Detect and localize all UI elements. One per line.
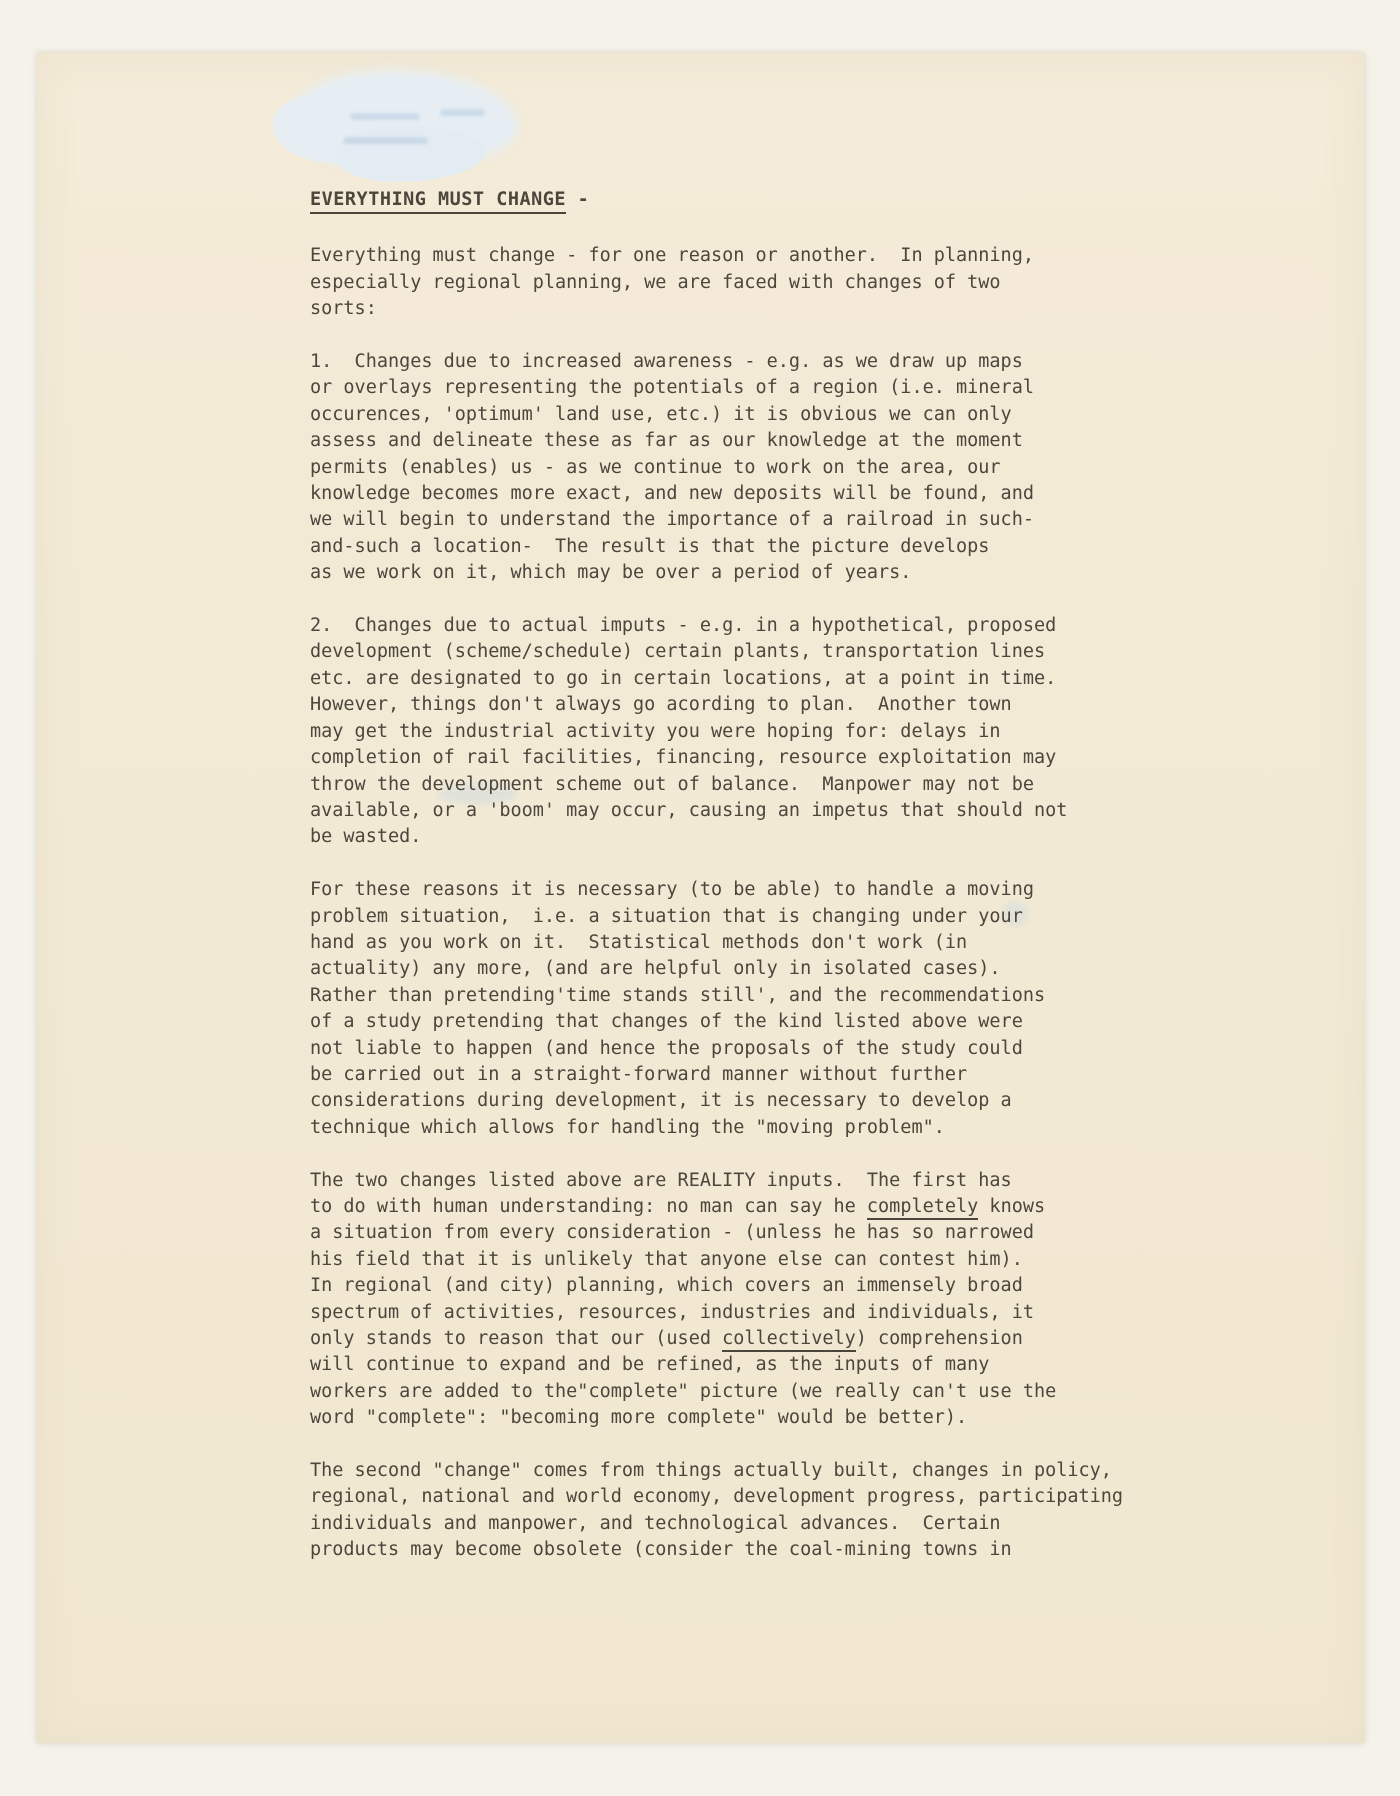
paragraph: For these reasons it is necessary (to be… bbox=[310, 877, 1210, 1141]
redacted-handwriting bbox=[350, 113, 420, 120]
text-line: For these reasons it is necessary (to be… bbox=[310, 877, 1210, 903]
paragraph: The two changes listed above are REALITY… bbox=[310, 1168, 1210, 1432]
text-line: Rather than pretending'time stands still… bbox=[310, 983, 1210, 1009]
text-line: knowledge becomes more exact, and new de… bbox=[310, 481, 1210, 507]
paragraph: 1. Changes due to increased awareness - … bbox=[310, 349, 1210, 587]
text-line: available, or a 'boom' may occur, causin… bbox=[310, 798, 1210, 824]
text-line: assess and delineate these as far as our… bbox=[310, 428, 1210, 454]
title-suffix: - bbox=[566, 189, 589, 210]
text-line: and-such a location- The result is that … bbox=[310, 534, 1210, 560]
text-line: regional, national and world economy, de… bbox=[310, 1484, 1210, 1510]
document-page: EVERYTHING MUST CHANGE - Everything must… bbox=[37, 53, 1364, 1743]
text-line: we will begin to understand the importan… bbox=[310, 507, 1210, 533]
whiteout-correction-mark bbox=[295, 75, 513, 163]
text-line: individuals and manpower, and technologi… bbox=[310, 1511, 1210, 1537]
text-line: products may become obsolete (consider t… bbox=[310, 1537, 1210, 1563]
text-line: actuality) any more, (and are helpful on… bbox=[310, 956, 1210, 982]
text-line: throw the development scheme out of bala… bbox=[310, 772, 1210, 798]
text-line: a situation from every consideration - (… bbox=[310, 1220, 1210, 1246]
paragraph: The second "change" comes from things ac… bbox=[310, 1458, 1210, 1564]
document-title: EVERYTHING MUST CHANGE - bbox=[310, 187, 1210, 213]
text-line: be carried out in a straight-forward man… bbox=[310, 1062, 1210, 1088]
text-line: of a study pretending that changes of th… bbox=[310, 1009, 1210, 1035]
text-line: be wasted. bbox=[310, 824, 1210, 850]
text-line: The two changes listed above are REALITY… bbox=[310, 1168, 1210, 1194]
text-line: problem situation, i.e. a situation that… bbox=[310, 904, 1210, 930]
text-line: In regional (and city) planning, which c… bbox=[310, 1273, 1210, 1299]
text-line: workers are added to the"complete" pictu… bbox=[310, 1379, 1210, 1405]
text-line: may get the industrial activity you were… bbox=[310, 719, 1210, 745]
text-line: etc. are designated to go in certain loc… bbox=[310, 666, 1210, 692]
text-line: The second "change" comes from things ac… bbox=[310, 1458, 1210, 1484]
text-line: sorts: bbox=[310, 296, 1210, 322]
paragraph: 2. Changes due to actual imputs - e.g. i… bbox=[310, 613, 1210, 851]
text-line: will continue to expand and be refined, … bbox=[310, 1352, 1210, 1378]
text-line: completion of rail facilities, financing… bbox=[310, 745, 1210, 771]
text-line: Everything must change - for one reason … bbox=[310, 243, 1210, 269]
redacted-handwriting bbox=[343, 137, 428, 144]
text-line: 2. Changes due to actual imputs - e.g. i… bbox=[310, 613, 1210, 639]
text-line: permits (enables) us - as we continue to… bbox=[310, 455, 1210, 481]
document-content: EVERYTHING MUST CHANGE - Everything must… bbox=[310, 187, 1210, 1590]
text-line: However, things don't always go acording… bbox=[310, 692, 1210, 718]
text-line: spectrum of activities, resources, indus… bbox=[310, 1300, 1210, 1326]
title-underlined-text: EVERYTHING MUST CHANGE bbox=[310, 189, 566, 214]
text-line: especially regional planning, we are fac… bbox=[310, 270, 1210, 296]
paragraph: Everything must change - for one reason … bbox=[310, 243, 1210, 322]
text-line: to do with human understanding: no man c… bbox=[310, 1194, 1210, 1220]
text-line: as we work on it, which may be over a pe… bbox=[310, 560, 1210, 586]
text-line: development (scheme/schedule) certain pl… bbox=[310, 639, 1210, 665]
text-line: technique which allows for handling the … bbox=[310, 1115, 1210, 1141]
text-line: 1. Changes due to increased awareness - … bbox=[310, 349, 1210, 375]
text-line: considerations during development, it is… bbox=[310, 1088, 1210, 1114]
text-line: or overlays representing the potentials … bbox=[310, 375, 1210, 401]
text-line: only stands to reason that our (used col… bbox=[310, 1326, 1210, 1352]
document-body: Everything must change - for one reason … bbox=[310, 243, 1210, 1563]
text-line: not liable to happen (and hence the prop… bbox=[310, 1036, 1210, 1062]
redacted-handwriting bbox=[440, 109, 485, 116]
text-line: occurences, 'optimum' land use, etc.) it… bbox=[310, 402, 1210, 428]
text-line: his field that it is unlikely that anyon… bbox=[310, 1247, 1210, 1273]
text-line: hand as you work on it. Statistical meth… bbox=[310, 930, 1210, 956]
text-line: word "complete": "becoming more complete… bbox=[310, 1405, 1210, 1431]
